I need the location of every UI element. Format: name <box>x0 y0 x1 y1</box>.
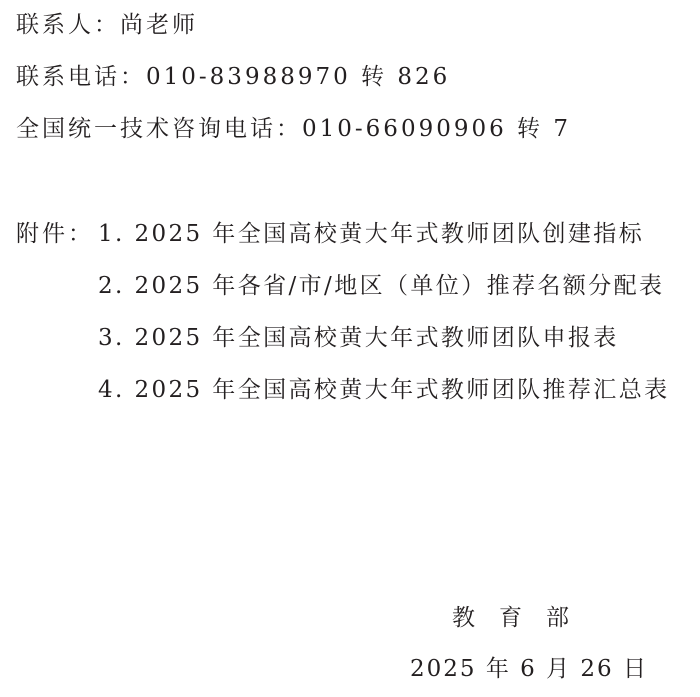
contact-person: 联系人：尚老师 <box>16 10 198 40</box>
issue-date: 2025 年 6 月 26 日 <box>410 654 648 684</box>
contact-phone: 联系电话：010-83988970 转 826 <box>16 62 450 92</box>
tech-consult-phone: 全国统一技术咨询电话：010-66090906 转 7 <box>16 114 571 144</box>
attachment-item-4: 4. 2025 年全国高校黄大年式教师团队推荐汇总表 <box>98 375 670 405</box>
attachments-label: 附件： <box>16 219 94 249</box>
issuing-organization: 教育部 <box>452 603 593 633</box>
attachment-item-1: 1. 2025 年全国高校黄大年式教师团队创建指标 <box>98 219 644 249</box>
attachment-item-2: 2. 2025 年各省/市/地区（单位）推荐名额分配表 <box>98 271 664 301</box>
attachment-item-3: 3. 2025 年全国高校黄大年式教师团队申报表 <box>98 323 619 353</box>
